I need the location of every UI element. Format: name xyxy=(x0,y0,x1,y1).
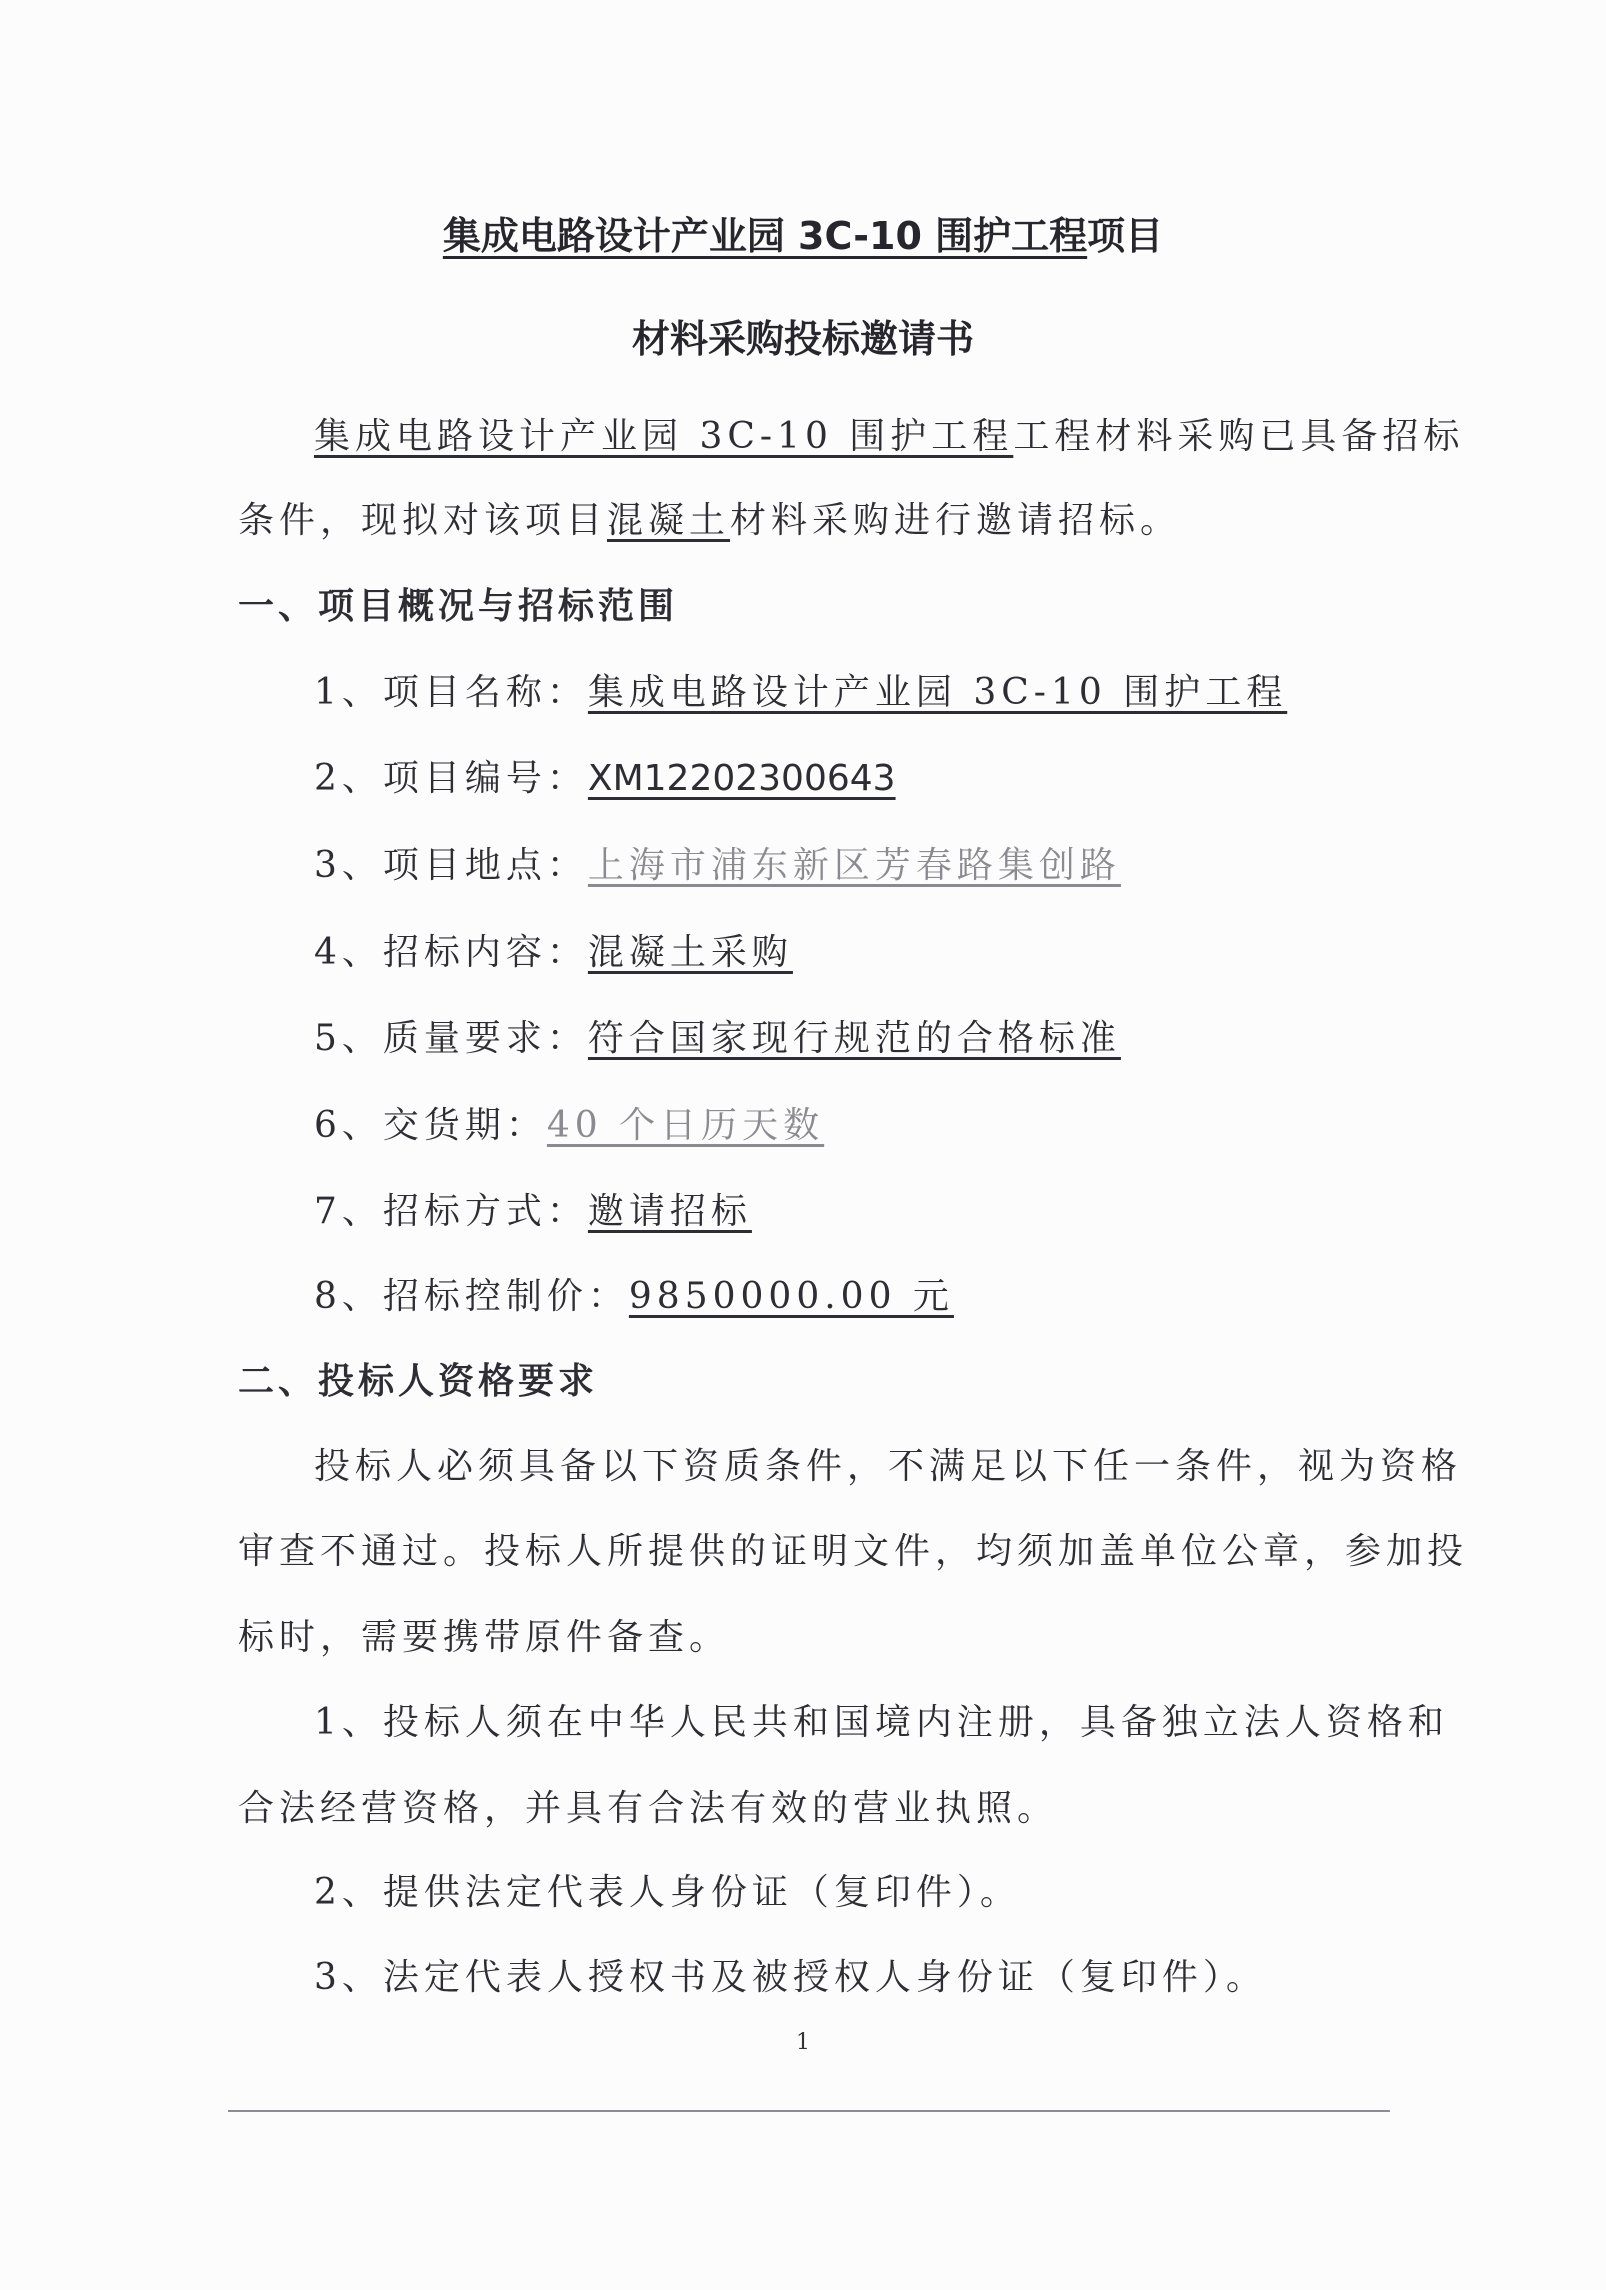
item-control-price: 8、招标控制价：9850000.00 元 xyxy=(314,1268,954,1319)
item-label: 4、招标内容： xyxy=(314,932,588,973)
intro-text: 条件，现拟对该项目 xyxy=(238,500,607,541)
intro-line-1: 集成电路设计产业园 3C-10 围护工程工程材料采购已具备招标 xyxy=(314,408,1464,459)
section-1-heading: 一、项目概况与招标范围 xyxy=(238,578,678,629)
item-label: 2、项目编号： xyxy=(314,758,588,799)
item-value: 上海市浦东新区芳春路集创路 xyxy=(588,845,1121,886)
item-label: 1、项目名称： xyxy=(314,672,588,713)
intro-text: 工程材料采购已具备招标 xyxy=(1013,416,1464,457)
page-number: 1 xyxy=(0,2030,1606,2055)
item-value: 40 个日历天数 xyxy=(547,1105,824,1146)
item-value: 混凝土采购 xyxy=(588,932,793,973)
title-underlined-part: 集成电路设计产业园 3C-10 围护工程 xyxy=(443,214,1087,258)
document-subtitle: 材料采购投标邀请书 xyxy=(0,308,1606,363)
qualification-para-line-1: 投标人必须具备以下资质条件，不满足以下任一条件，视为资格 xyxy=(314,1438,1462,1489)
item-delivery-period: 6、交货期：40 个日历天数 xyxy=(314,1097,824,1148)
intro-material: 混凝土 xyxy=(607,500,730,541)
requirement-2: 2、提供法定代表人身份证（复印件）。 xyxy=(314,1864,1021,1915)
title-rest: 项目 xyxy=(1087,214,1163,258)
requirement-1-line-2: 合法经营资格，并具有合法有效的营业执照。 xyxy=(238,1780,1058,1831)
item-project-location: 3、项目地点：上海市浦东新区芳春路集创路 xyxy=(314,837,1121,888)
intro-project-name: 集成电路设计产业园 3C-10 围护工程 xyxy=(314,416,1013,457)
item-quality-requirement: 5、质量要求：符合国家现行规范的合格标准 xyxy=(314,1010,1121,1061)
item-label: 5、质量要求： xyxy=(314,1018,588,1059)
intro-text: 材料采购进行邀请招标。 xyxy=(730,500,1181,541)
item-label: 3、项目地点： xyxy=(314,845,588,886)
item-project-number: 2、项目编号：XM12202300643 xyxy=(314,750,896,801)
footer-rule xyxy=(228,2110,1390,2112)
item-value: 符合国家现行规范的合格标准 xyxy=(588,1018,1121,1059)
item-project-name: 1、项目名称：集成电路设计产业园 3C-10 围护工程 xyxy=(314,664,1287,715)
item-value: 集成电路设计产业园 3C-10 围护工程 xyxy=(588,672,1287,713)
item-value: XM12202300643 xyxy=(588,758,896,799)
requirement-1-line-1: 1、投标人须在中华人民共和国境内注册，具备独立法人资格和 xyxy=(314,1694,1449,1745)
item-tender-content: 4、招标内容：混凝土采购 xyxy=(314,924,793,975)
qualification-para-line-2: 审查不通过。投标人所提供的证明文件，均须加盖单位公章，参加投 xyxy=(238,1523,1468,1574)
item-label: 7、招标方式： xyxy=(314,1191,588,1232)
item-label: 6、交货期： xyxy=(314,1105,547,1146)
intro-line-2: 条件，现拟对该项目混凝土材料采购进行邀请招标。 xyxy=(238,492,1181,543)
document-title: 集成电路设计产业园 3C-10 围护工程项目 xyxy=(0,205,1606,260)
item-tender-method: 7、招标方式：邀请招标 xyxy=(314,1183,752,1234)
document-page: 集成电路设计产业园 3C-10 围护工程项目 材料采购投标邀请书 集成电路设计产… xyxy=(0,0,1606,2290)
item-label: 8、招标控制价： xyxy=(314,1276,629,1317)
item-value: 邀请招标 xyxy=(588,1191,752,1232)
qualification-para-line-3: 标时，需要携带原件备查。 xyxy=(238,1609,730,1660)
section-2-heading: 二、投标人资格要求 xyxy=(238,1353,598,1404)
requirement-3: 3、法定代表人授权书及被授权人身份证（复印件）。 xyxy=(314,1949,1267,2000)
item-value: 9850000.00 元 xyxy=(629,1276,954,1317)
